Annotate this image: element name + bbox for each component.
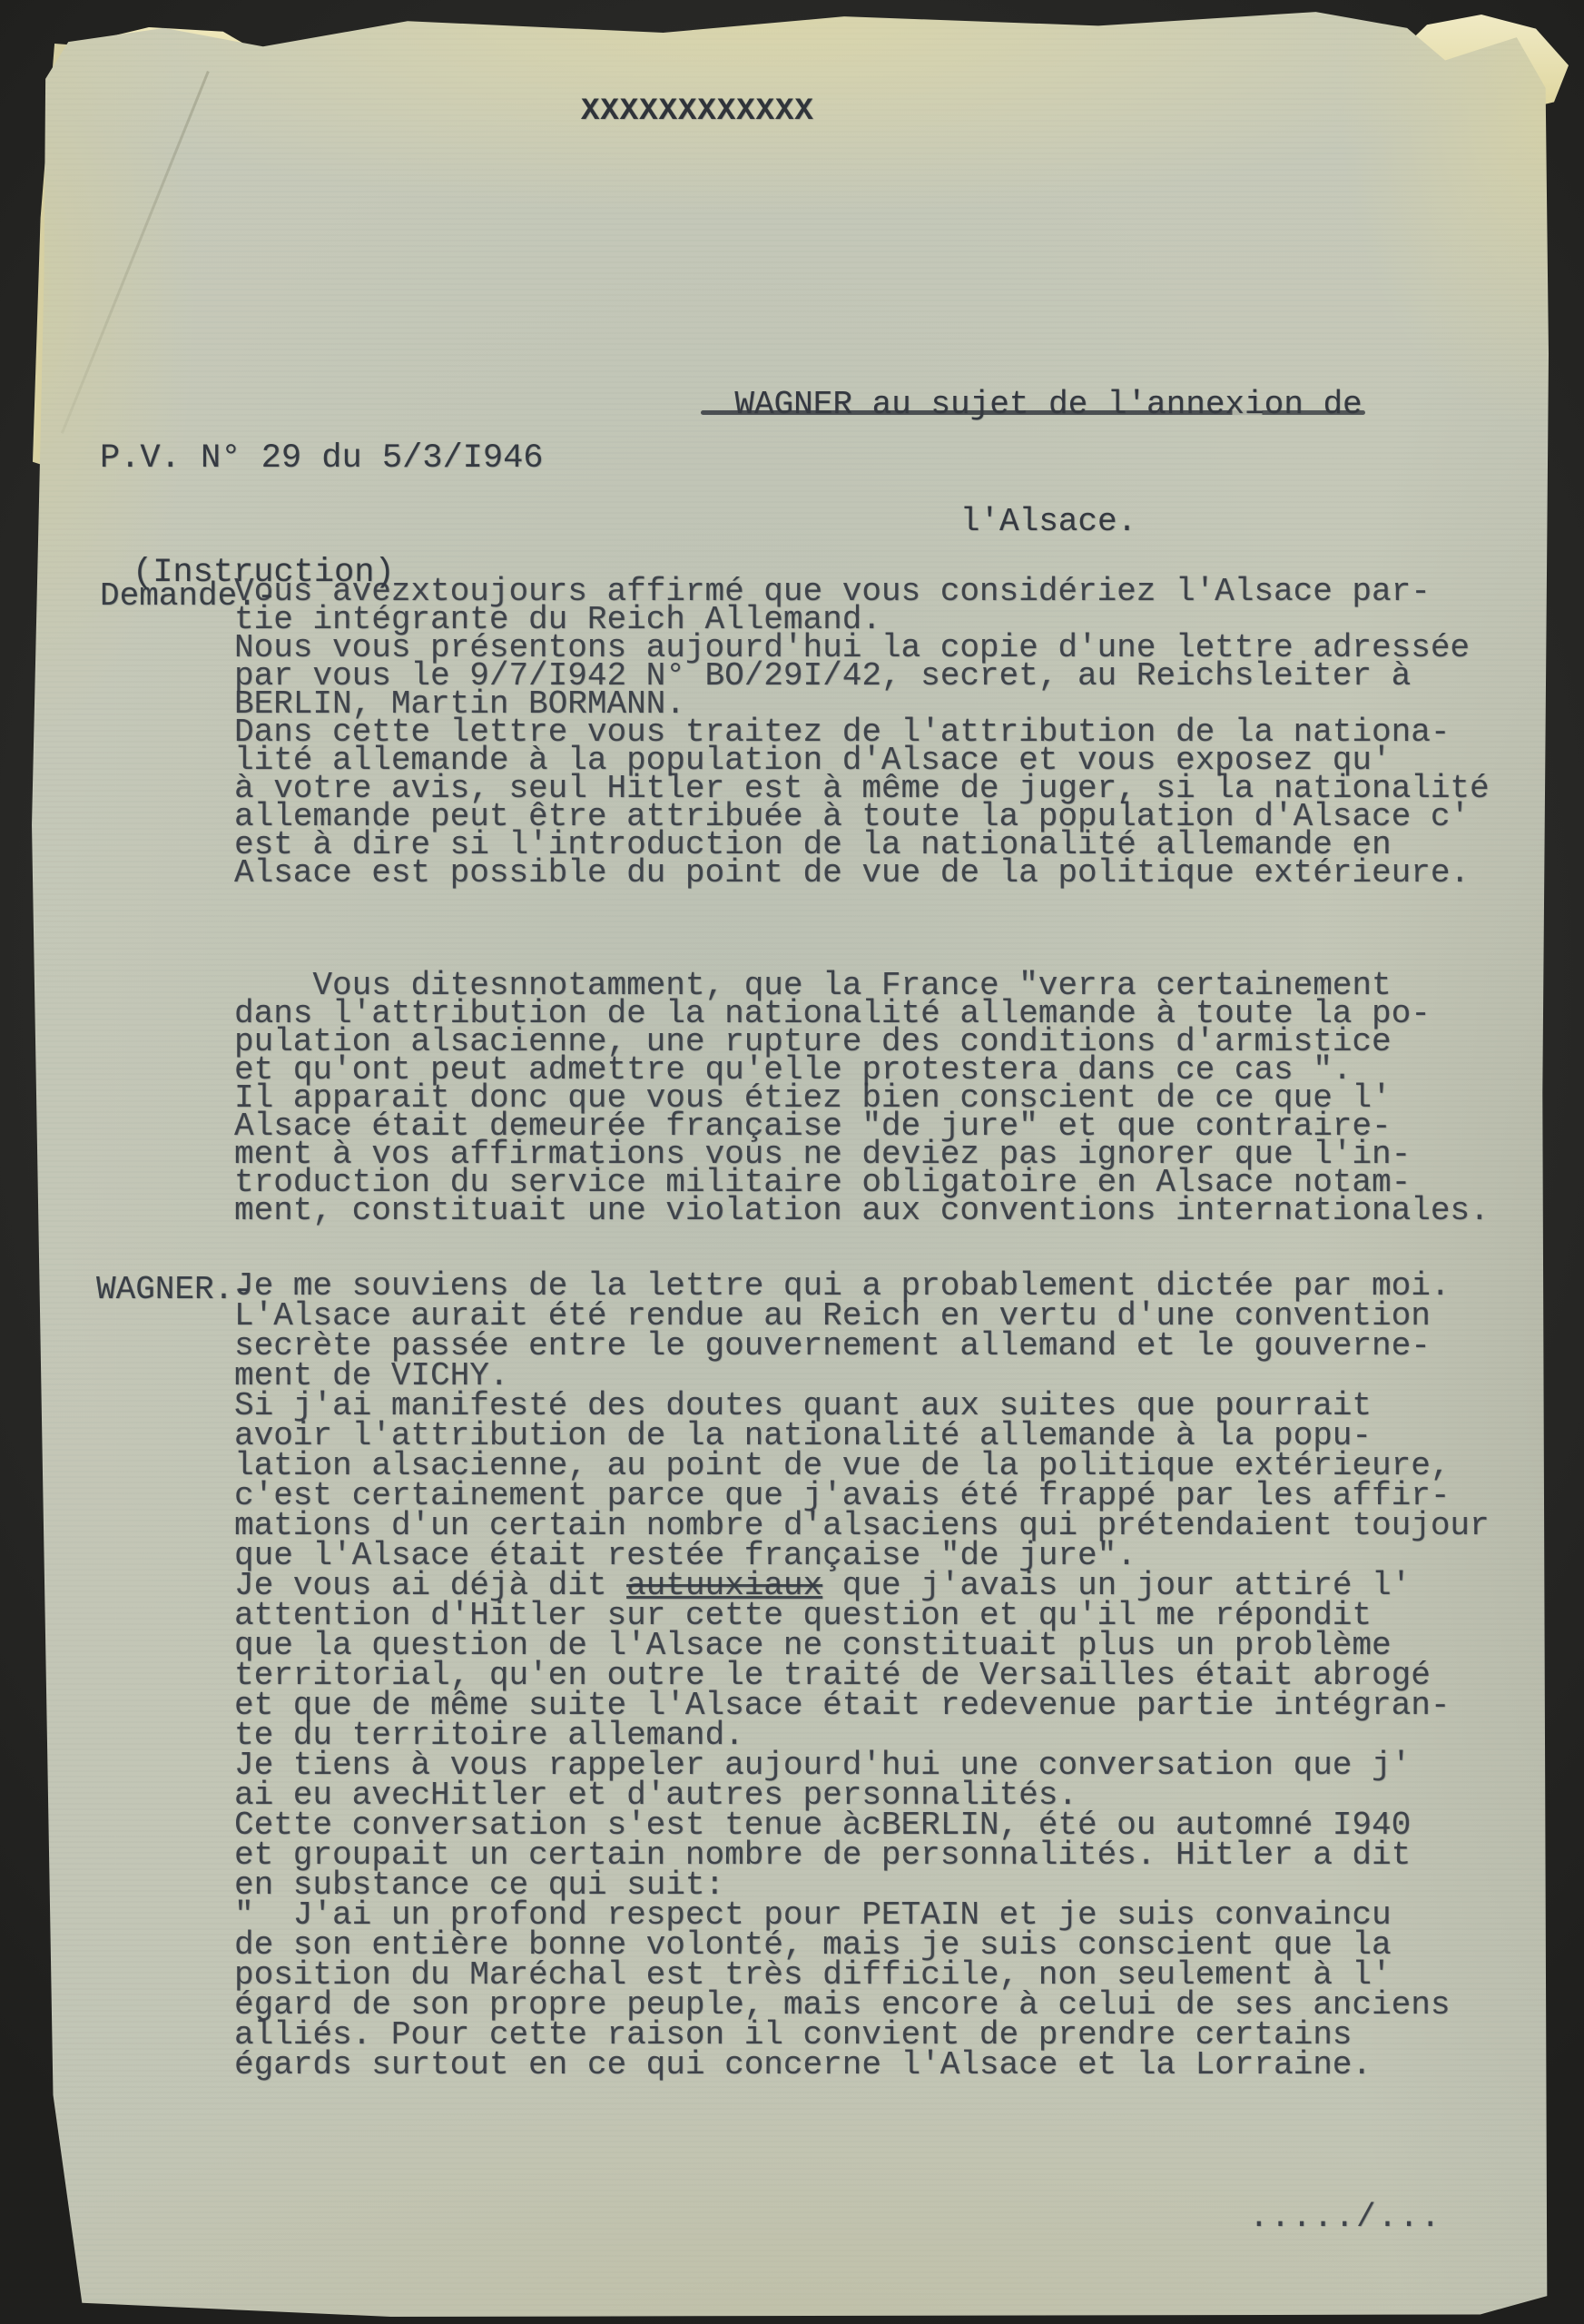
reference-number: P.V. N° 29 du 5/3/I946	[100, 439, 543, 478]
answer-text-part2: que j'avais un jour attiré l' attention …	[234, 1567, 1450, 2083]
scan-background: { "doc": { "redaction_marks": "XXXXXXXXX…	[0, 0, 1584, 2324]
question-text: Vous avezxtoujours affirmé que vous cons…	[234, 577, 1569, 1225]
title-underline	[701, 410, 1365, 415]
answer-text: Je me souviens de la lettre qui a probab…	[234, 1271, 1569, 2080]
answer-text-part1: Je me souviens de la lettre qui a probab…	[234, 1267, 1490, 1604]
redaction-marks: XXXXXXXXXXXX	[581, 94, 814, 129]
title-line-2: l'Alsace.	[717, 502, 1380, 541]
answer-label: WAGNER.-	[96, 1271, 253, 1308]
continuation-mark: ...../...	[1249, 2199, 1441, 2236]
title-line-1: WAGNER au sujet de l'annexion de	[717, 385, 1380, 424]
document-page: XXXXXXXXXXXX P.V. N° 29 du 5/3/I946 (Ins…	[27, 7, 1549, 2317]
